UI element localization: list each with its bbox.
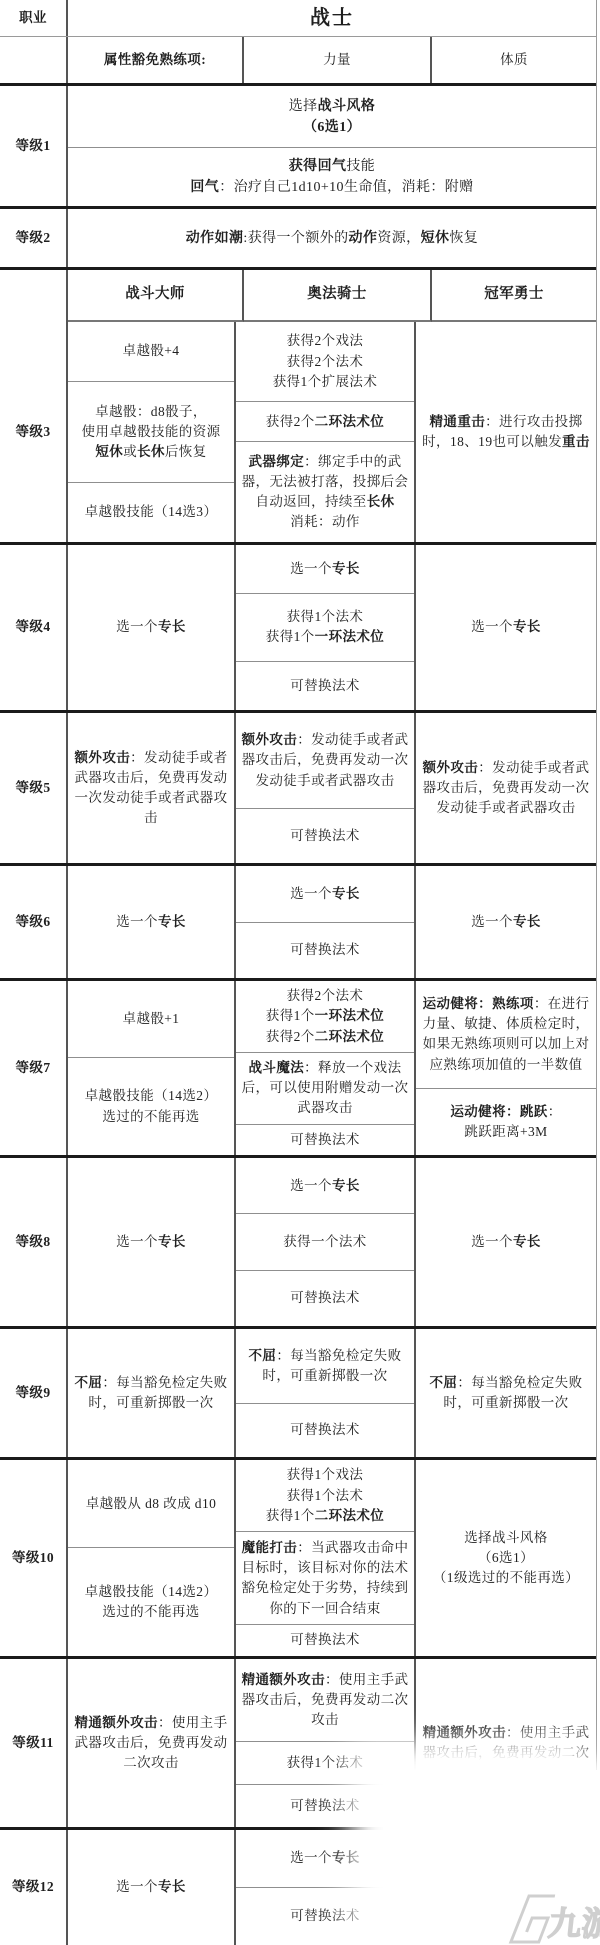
subclass-column-ek: 获得1个戏法获得1个法术获得1个二环法术位魔能打击：当武器攻击命中目标时，该目标… xyxy=(236,1460,416,1656)
subclass-column-bm: 选一个专长 xyxy=(68,1158,236,1326)
empty-cell xyxy=(0,37,68,83)
feature-cell: 可替换法术 xyxy=(236,923,414,979)
subclass-column-ch: 不屈：每当豁免检定失败时，可重新掷骰一次 xyxy=(416,1329,596,1457)
feature-cell: 选择战斗风格（6选1） xyxy=(68,86,596,148)
feature-cell: 卓越骰技能（14选2）选过的不能再选 xyxy=(68,1548,234,1656)
subclass-column-bm: 选一个专长 xyxy=(68,545,236,710)
feature-cell: 获得1个戏法获得1个法术获得1个二环法术位 xyxy=(236,1460,414,1532)
level-label: 等级1 xyxy=(0,86,68,206)
subclass-column-ch: 运动健将：熟练项：在进行力量、敏捷、体质检定时，如果无熟练项则可以加上对应熟练项… xyxy=(416,981,596,1155)
feature-cell: 卓越骰：d8骰子，使用卓越骰技能的资源短休或长休后恢复 xyxy=(68,382,234,483)
level-label: 等级11 xyxy=(0,1659,68,1827)
level-label: 等级12 xyxy=(0,1830,68,1945)
feature-cell: 卓越骰技能（14选3） xyxy=(68,483,234,542)
feature-cell: 选一个专长 xyxy=(416,1158,596,1326)
feature-cell: 选一个专长 xyxy=(236,1158,414,1214)
saving-throw-label: 属性豁免熟练项: xyxy=(68,37,244,83)
feature-cell: 可替换法术 xyxy=(236,809,414,863)
subclass-column-bm: 卓越骰从 d8 改成 d10卓越骰技能（14选2）选过的不能再选 xyxy=(68,1460,236,1656)
feature-cell: 获得1个法术获得1个一环法术位 xyxy=(236,594,414,663)
subclass-column-ek: 选一个专长获得一个法术可替换法术 xyxy=(236,1158,416,1326)
feature-cell: 精通额外攻击：使用主手武器攻击后，免费再发动二次攻击 xyxy=(68,1659,234,1827)
fighter-class-table: 职业 战士 属性豁免熟练项: 力量 体质 等级1选择战斗风格（6选1）获得回气技… xyxy=(0,0,597,1945)
feature-cell: 选一个专长 xyxy=(68,1158,234,1326)
feature-cell: 额外攻击：发动徒手或者武器攻击后，免费再发动一次发动徒手或者武器攻击 xyxy=(416,713,596,863)
level-feature-column: 动作如潮:获得一个额外的动作资源，短休恢复 xyxy=(68,209,596,267)
level-label: 等级6 xyxy=(0,866,68,978)
level-band-8: 等级8选一个专长选一个专长获得一个法术可替换法术选一个专长 xyxy=(0,1155,596,1326)
subclass-column-ch: 选择战斗风格（6选1）（1级选过的不能再选） xyxy=(416,1460,596,1656)
subclass-column-ch: 精通重击：进行攻击投掷时，18、19也可以触发重击 xyxy=(416,322,596,542)
level-label: 等级8 xyxy=(0,1158,68,1326)
level-label: 等级4 xyxy=(0,545,68,710)
level-label: 等级7 xyxy=(0,981,68,1155)
subclass-header-eldritch-knight: 奥法骑士 xyxy=(244,270,432,322)
level-label: 等级5 xyxy=(0,713,68,863)
feature-cell: 运动健将：跳跃：跳跃距离+3M xyxy=(416,1089,596,1155)
feature-cell: 获得2个戏法获得2个法术获得1个扩展法术 xyxy=(236,322,414,402)
feature-cell: 额外攻击：发动徒手或者武器攻击后，免费再发动一次发动徒手或者武器攻击 xyxy=(236,713,414,809)
feature-cell: 武器绑定：绑定手中的武器，无法被打落，投掷后会自动返回，持续至长休消耗：动作 xyxy=(236,442,414,542)
feature-cell: 获得2个法术获得1个一环法术位获得2个二环法术位 xyxy=(236,981,414,1053)
level-band-7: 等级7卓越骰+1卓越骰技能（14选2）选过的不能再选获得2个法术获得1个一环法术… xyxy=(0,978,596,1155)
class-row-header: 职业 xyxy=(0,0,68,36)
feature-cell: 不屈：每当豁免检定失败时，可重新掷骰一次 xyxy=(68,1329,234,1457)
feature-cell: 选一个专长 xyxy=(416,866,596,978)
feature-cell: 选一个专长 xyxy=(68,545,234,710)
subclass-column-ch: 选一个专长 xyxy=(416,866,596,978)
level-band-4: 等级4选一个专长选一个专长获得1个法术获得1个一环法术位可替换法术选一个专长 xyxy=(0,542,596,710)
feature-cell: 选一个专长 xyxy=(416,545,596,710)
level-band-6: 等级6选一个专长选一个专长可替换法术选一个专长 xyxy=(0,863,596,978)
feature-cell: 获得一个法术 xyxy=(236,1214,414,1270)
feature-cell: 可替换法术 xyxy=(236,1404,414,1457)
feature-cell: 选择战斗风格（6选1）（1级选过的不能再选） xyxy=(416,1460,596,1656)
feature-cell: 选一个专长 xyxy=(68,866,234,978)
feature-cell: 可替换法术 xyxy=(236,1271,414,1326)
feature-cell: 不屈：每当豁免检定失败时，可重新掷骰一次 xyxy=(416,1329,596,1457)
feature-cell: 精通重击：进行攻击投掷时，18、19也可以触发重击 xyxy=(416,322,596,542)
subclass-column-ek: 选一个专长可替换法术 xyxy=(236,866,416,978)
level-band-5: 等级5额外攻击：发动徒手或者武器攻击后，免费再发动一次发动徒手或者武器攻击额外攻… xyxy=(0,710,596,863)
saving-throw-strength: 力量 xyxy=(244,37,432,83)
fighter-class-guide-page: 职业 战士 属性豁免熟练项: 力量 体质 等级1选择战斗风格（6选1）获得回气技… xyxy=(0,0,600,1945)
subclass-column-ek: 不屈：每当豁免检定失败时，可重新掷骰一次可替换法术 xyxy=(236,1329,416,1457)
feature-cell: 精通额外攻击：使用主手武器攻击后，免费再发动二次攻击 xyxy=(236,1659,414,1742)
level-band-2: 等级2动作如潮:获得一个额外的动作资源，短休恢复 xyxy=(0,206,596,267)
subclass-column-bm: 卓越骰+1卓越骰技能（14选2）选过的不能再选 xyxy=(68,981,236,1155)
level-label: 等级10 xyxy=(0,1460,68,1656)
feature-cell: 卓越骰从 d8 改成 d10 xyxy=(68,1460,234,1548)
saving-throws-row: 属性豁免熟练项: 力量 体质 xyxy=(0,36,596,83)
level-band-3: 等级3卓越骰+4卓越骰：d8骰子，使用卓越骰技能的资源短休或长休后恢复卓越骰技能… xyxy=(0,322,596,542)
subclass-column-ek: 获得2个戏法获得2个法术获得1个扩展法术获得2个二环法术位武器绑定：绑定手中的武… xyxy=(236,322,416,542)
saving-throw-constitution: 体质 xyxy=(432,37,596,83)
subclass-header-row: 战斗大师 奥法骑士 冠军勇士 xyxy=(0,267,596,322)
subclass-column-bm: 选一个专长 xyxy=(68,866,236,978)
subclass-header-champion: 冠军勇士 xyxy=(432,270,596,322)
feature-cell: 可替换法术 xyxy=(236,1625,414,1656)
subclass-header-battle-master: 战斗大师 xyxy=(68,270,244,322)
level-feature-column: 选择战斗风格（6选1）获得回气技能回气：治疗自己1d10+10生命值，消耗：附赠 xyxy=(68,86,596,206)
class-name: 战士 xyxy=(68,0,596,36)
level-label: 等级9 xyxy=(0,1329,68,1457)
feature-cell: 选一个专长 xyxy=(236,545,414,594)
subclass-column-bm: 额外攻击：发动徒手或者武器攻击后，免费再发动一次发动徒手或者武器攻击 xyxy=(68,713,236,863)
feature-cell: 魔能打击：当武器攻击命中目标时，该目标对你的法术豁免检定处于劣势，持续到你的下一… xyxy=(236,1532,414,1625)
watermark-9game-logo: 九游 xyxy=(502,1890,600,1945)
feature-cell: 获得2个二环法术位 xyxy=(236,402,414,442)
level-band-9: 等级9不屈：每当豁免检定失败时，可重新掷骰一次不屈：每当豁免检定失败时，可重新掷… xyxy=(0,1326,596,1457)
feature-cell: 可替换法术 xyxy=(236,662,414,710)
feature-cell: 获得回气技能回气：治疗自己1d10+10生命值，消耗：附赠 xyxy=(68,148,596,206)
feature-cell: 额外攻击：发动徒手或者武器攻击后，免费再发动一次发动徒手或者武器攻击 xyxy=(68,713,234,863)
subclass-column-ek: 获得2个法术获得1个一环法术位获得2个二环法术位战斗魔法：释放一个戏法后，可以使… xyxy=(236,981,416,1155)
subclass-column-ek: 选一个专长获得1个法术获得1个一环法术位可替换法术 xyxy=(236,545,416,710)
feature-cell: 战斗魔法：释放一个戏法后，可以使用附赠发动一次武器攻击 xyxy=(236,1053,414,1125)
level-band-1: 等级1选择战斗风格（6选1）获得回气技能回气：治疗自己1d10+10生命值，消耗… xyxy=(0,83,596,206)
feature-cell: 选一个专长 xyxy=(68,1830,234,1945)
feature-cell: 卓越骰+4 xyxy=(68,322,234,382)
feature-cell: 不屈：每当豁免检定失败时，可重新掷骰一次 xyxy=(236,1329,414,1404)
subclass-column-ch: 选一个专长 xyxy=(416,1158,596,1326)
feature-cell: 选一个专长 xyxy=(236,866,414,923)
feature-cell: 卓越骰技能（14选2）选过的不能再选 xyxy=(68,1058,234,1155)
subclass-column-bm: 卓越骰+4卓越骰：d8骰子，使用卓越骰技能的资源短休或长休后恢复卓越骰技能（14… xyxy=(68,322,236,542)
subclass-column-ch: 额外攻击：发动徒手或者武器攻击后，免费再发动一次发动徒手或者武器攻击 xyxy=(416,713,596,863)
level-band-10: 等级10卓越骰从 d8 改成 d10卓越骰技能（14选2）选过的不能再选获得1个… xyxy=(0,1457,596,1656)
subclass-column-bm: 选一个专长 xyxy=(68,1830,236,1945)
feature-cell: 动作如潮:获得一个额外的动作资源，短休恢复 xyxy=(68,209,596,267)
subclass-column-ch: 选一个专长 xyxy=(416,545,596,710)
level-label: 等级2 xyxy=(0,209,68,267)
subclass-column-ek: 额外攻击：发动徒手或者武器攻击后，免费再发动一次发动徒手或者武器攻击可替换法术 xyxy=(236,713,416,863)
level-label: 等级3 xyxy=(0,322,68,542)
feature-cell: 卓越骰+1 xyxy=(68,981,234,1058)
feature-cell: 可替换法术 xyxy=(236,1125,414,1155)
empty-cell xyxy=(0,270,68,322)
subclass-column-bm: 不屈：每当豁免检定失败时，可重新掷骰一次 xyxy=(68,1329,236,1457)
feature-cell: 运动健将：熟练项：在进行力量、敏捷、体质检定时，如果无熟练项则可以加上对应熟练项… xyxy=(416,981,596,1089)
class-title-row: 职业 战士 xyxy=(0,0,596,36)
subclass-column-bm: 精通额外攻击：使用主手武器攻击后，免费再发动二次攻击 xyxy=(68,1659,236,1827)
watermark-text: 九游 xyxy=(546,1906,600,1943)
